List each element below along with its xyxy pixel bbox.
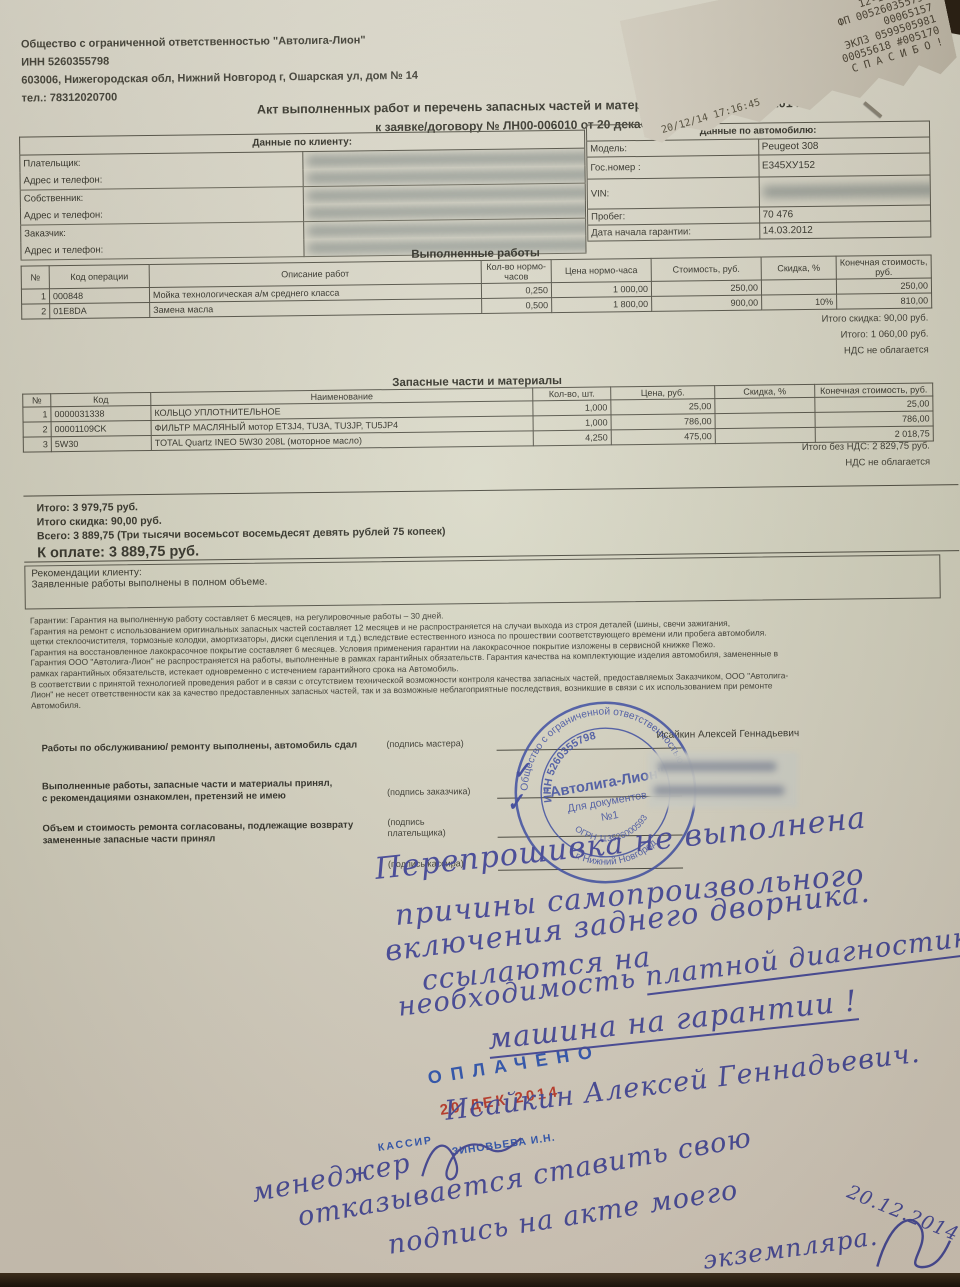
signature-statement: замененные запасные части принял [43, 833, 216, 846]
signature-statement: Выполненные работы, запасные части и мат… [42, 778, 332, 793]
separator-line [23, 484, 958, 496]
cell: 250,00 [651, 280, 761, 296]
redacted-bar [306, 168, 585, 182]
totals-block: Итого: 3 979,75 руб. Итого скидка: 90,00… [37, 496, 446, 560]
cell: 25,00 [611, 399, 715, 415]
redacted-bar [306, 152, 585, 166]
col-header: Скидка, % [715, 384, 815, 398]
redacted-patch [648, 752, 798, 808]
cell: 900,00 [652, 295, 762, 311]
cell [715, 427, 815, 443]
redacted-bar [654, 786, 784, 795]
cell: 3 [23, 437, 51, 452]
sign-label-master: (подпись мастера) [386, 738, 463, 749]
col-header: Цена, руб. [611, 386, 715, 400]
cell: 0000031338 [51, 406, 151, 422]
car-label: Дата начала гарантии: [588, 223, 760, 241]
col-header: № [21, 266, 49, 289]
cell: 810,00 [837, 293, 932, 309]
cell: 1 [21, 289, 49, 304]
parts-table: № Код Наименование Кол-во, шт. Цена, руб… [22, 382, 934, 452]
cell: 00001109CK [51, 421, 151, 437]
cell: 2 [22, 304, 50, 319]
col-header: Стоимость, руб. [651, 257, 761, 281]
cell: 0,250 [481, 283, 551, 299]
cell: 1,000 [533, 400, 611, 416]
signature-statement: с рекомендациями ознакомлен, претензий н… [42, 790, 286, 804]
cell [715, 412, 815, 428]
cell: 25,00 [815, 396, 933, 412]
parts-total: Итого без НДС: 2 829,75 руб. [802, 440, 930, 453]
cell: 5W30 [51, 436, 151, 452]
cell: 1 [23, 407, 51, 422]
cell: 786,00 [815, 411, 933, 427]
col-header: № [23, 394, 51, 407]
redacted-bar [658, 762, 776, 771]
col-header: Код операции [49, 265, 149, 289]
parts-vat-note: НДС не облагается [845, 456, 930, 468]
recommendations-box: Рекомендации клиенту: Заявленные работы … [24, 554, 940, 609]
cell: 0,500 [482, 298, 552, 314]
col-header: Конечная стоимость, руб. [836, 255, 931, 279]
handwritten-checkmark: ✓ [510, 757, 532, 785]
redacted-bar [306, 203, 585, 217]
works-total: Итого: 1 060,00 руб. [841, 328, 929, 340]
cell: 1 800,00 [552, 296, 652, 312]
sign-label-payer: плательщика) [388, 827, 446, 838]
redacted-bar [307, 222, 586, 236]
cell: 475,00 [611, 429, 715, 445]
col-header: Код [51, 393, 151, 407]
cell [715, 397, 815, 413]
cell: 000848 [49, 288, 149, 304]
document-photo: Общество с ограниченной ответственностью… [0, 0, 960, 1287]
company-header: Общество с ограниченной ответственностью… [21, 31, 419, 108]
signature-statement: Объем и стоимость ремонта согласованы, п… [42, 820, 353, 835]
car-warranty-date-value: 14.03.2012 [759, 221, 931, 239]
car-label: Гос.номер : [587, 155, 759, 179]
stamp-center-number: №1 [600, 809, 619, 824]
cell: 1 000,00 [551, 281, 651, 297]
works-total-discount: Итого скидка: 90,00 руб. [822, 313, 929, 325]
cell [761, 279, 836, 295]
client-data-table: Данные по клиенту: Плательщик: Адрес и т… [19, 130, 586, 261]
sign-label-customer: (подпись заказчика) [387, 786, 470, 797]
cell: 1,000 [533, 415, 611, 431]
cell: Замена масла [150, 298, 482, 317]
works-vat-note: НДС не облагается [844, 344, 929, 356]
works-table: № Код операции Описание работ Кол-во нор… [21, 254, 933, 319]
cell: 786,00 [611, 414, 715, 430]
cell: 2 [23, 422, 51, 437]
receipt-text: 3889 75 =3889.75 12-14 17:16 ФП 00526035… [820, 0, 945, 77]
cell: 250,00 [836, 278, 931, 294]
cell: 4,250 [533, 430, 611, 446]
signature-statement: Работы по обслуживанию/ ремонту выполнен… [41, 740, 357, 755]
car-plate-value: Е345ХУ152 [758, 153, 930, 177]
car-label: VIN: [587, 177, 759, 209]
car-data-table: Данные по автомобилю: Модель: Peugeot 30… [586, 120, 931, 241]
redacted-bar [306, 187, 585, 201]
col-header: Кол-во нормо-часов [481, 260, 551, 284]
col-header: Кол-во, шт. [533, 387, 611, 401]
sign-label-payer: (подпись [387, 817, 424, 827]
cell: 01E8DA [50, 303, 150, 319]
cell: 10% [762, 294, 837, 310]
col-header: Скидка, % [761, 256, 836, 280]
redacted-bar [762, 184, 930, 197]
car-vin-redacted [759, 175, 931, 207]
signature-flourish [861, 1201, 958, 1285]
col-header: Цена нормо-часа [551, 258, 651, 282]
